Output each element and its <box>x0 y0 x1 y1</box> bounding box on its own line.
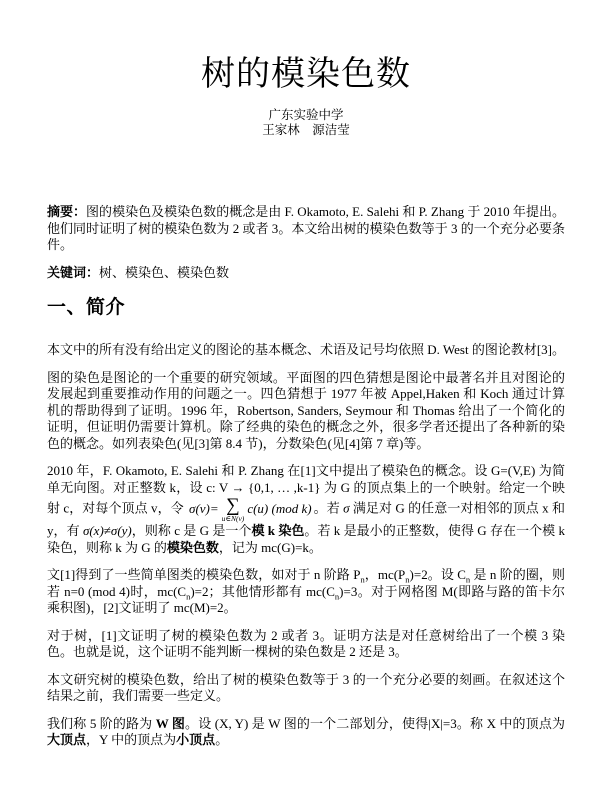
text-run: 图的染色是图论的一个重要的研究领域。平面图的四色猜想是图论中最著名并且对图论的发… <box>47 370 565 451</box>
text-run: 。设 (X, Y) 是 W 图的一个二部划分，使得|X|=3。称 X 中的顶点为 <box>185 716 565 731</box>
text-run: ，Y 中的顶点为 <box>86 732 176 747</box>
text-run: )=2；其他情形都有 mc(C <box>190 584 335 599</box>
text-run: 。若 <box>314 500 344 515</box>
abstract-section: 摘要：图的模染色及模染色数的概念是由 F. Okamoto, E. Salehi… <box>47 204 565 281</box>
summation-index: u∈N(v) <box>222 515 245 523</box>
sum-formula: σ(v)=∑u∈N(v)c(u) (mod k) <box>189 496 312 523</box>
abstract-text: 图的模染色及模染色数的概念是由 F. Okamoto, E. Salehi 和 … <box>47 204 565 252</box>
paragraph: 2010 年，F. Okamoto, E. Salehi 和 P. Zhang … <box>47 463 565 556</box>
abstract-label: 摘要： <box>47 204 86 219</box>
author-affiliation: 广东实验中学 <box>47 108 565 123</box>
author-names: 王家林 源洁莹 <box>47 123 565 138</box>
bold-term: W 图 <box>156 716 185 731</box>
summation-symbol: ∑u∈N(v) <box>222 496 245 523</box>
text-run: 本文研究树的模染色数，给出了树的模染色数等于 3 的一个充分必要的刻画。在叙述这… <box>47 672 565 704</box>
bold-term: 模染色数 <box>167 540 219 555</box>
paper-title: 树的模染色数 <box>47 55 565 95</box>
bold-term: 模 k 染色 <box>251 523 304 538</box>
text-run: 对于树，[1]文证明了树的模染色数为 2 或者 3。证明方法是对任意树给出了一个… <box>47 628 565 660</box>
paragraph: 对于树，[1]文证明了树的模染色数为 2 或者 3。证明方法是对任意树给出了一个… <box>47 628 565 661</box>
keywords-text: 树、模染色、模染色数 <box>99 265 229 280</box>
text-run: 我们称 5 阶的路为 <box>47 716 156 731</box>
paragraph: 图的染色是图论的一个重要的研究领域。平面图的四色猜想是图论中最著名并且对图论的发… <box>47 370 565 453</box>
introduction-body: 本文中的所有没有给出定义的图论的基本概念、术语及记号均依照 D. West 的图… <box>47 342 565 749</box>
text-run: 本文中的所有没有给出定义的图论的基本概念、术语及记号均依照 D. West 的图… <box>47 342 565 357</box>
formula-rhs: c(u) (mod k) <box>247 501 311 518</box>
bold-term: 大顶点 <box>47 732 86 747</box>
paragraph: 文[1]得到了一些简单图类的模染色数，如对于 n 阶路 Pn，mc(Pn)=2。… <box>47 567 565 617</box>
math-symbol: σ(x)≠σ(y) <box>83 523 132 538</box>
paragraph: 我们称 5 阶的路为 W 图。设 (X, Y) 是 W 图的一个二部划分，使得|… <box>47 716 565 749</box>
document-page: 树的模染色数 广东实验中学 王家林 源洁莹 摘要：图的模染色及模染色数的概念是由… <box>0 0 612 792</box>
bold-term: 小顶点 <box>176 732 215 747</box>
text-run: ，mc(P <box>365 567 406 582</box>
text-run: 。 <box>215 732 228 747</box>
text-run: 文[1]得到了一些简单图类的模染色数，如对于 n 阶路 P <box>47 567 360 582</box>
section-heading-introduction: 一、简介 <box>47 296 565 319</box>
paragraph: 本文中的所有没有给出定义的图论的基本概念、术语及记号均依照 D. West 的图… <box>47 342 565 359</box>
text-run: ，记为 mc(G)=k。 <box>219 540 322 555</box>
text-run: )=2。设 C <box>410 567 466 582</box>
text-run: ，则称 c 是 G 是一个 <box>132 523 252 538</box>
keywords-paragraph: 关键词：树、模染色、模染色数 <box>47 265 565 282</box>
keywords-label: 关键词： <box>47 265 99 280</box>
paragraph: 本文研究树的模染色数，给出了树的模染色数等于 3 的一个充分必要的刻画。在叙述这… <box>47 672 565 705</box>
abstract-paragraph: 摘要：图的模染色及模染色数的概念是由 F. Okamoto, E. Salehi… <box>47 204 565 254</box>
sigma-glyph: ∑ <box>226 496 240 515</box>
formula-lhs: σ(v)= <box>189 501 219 518</box>
